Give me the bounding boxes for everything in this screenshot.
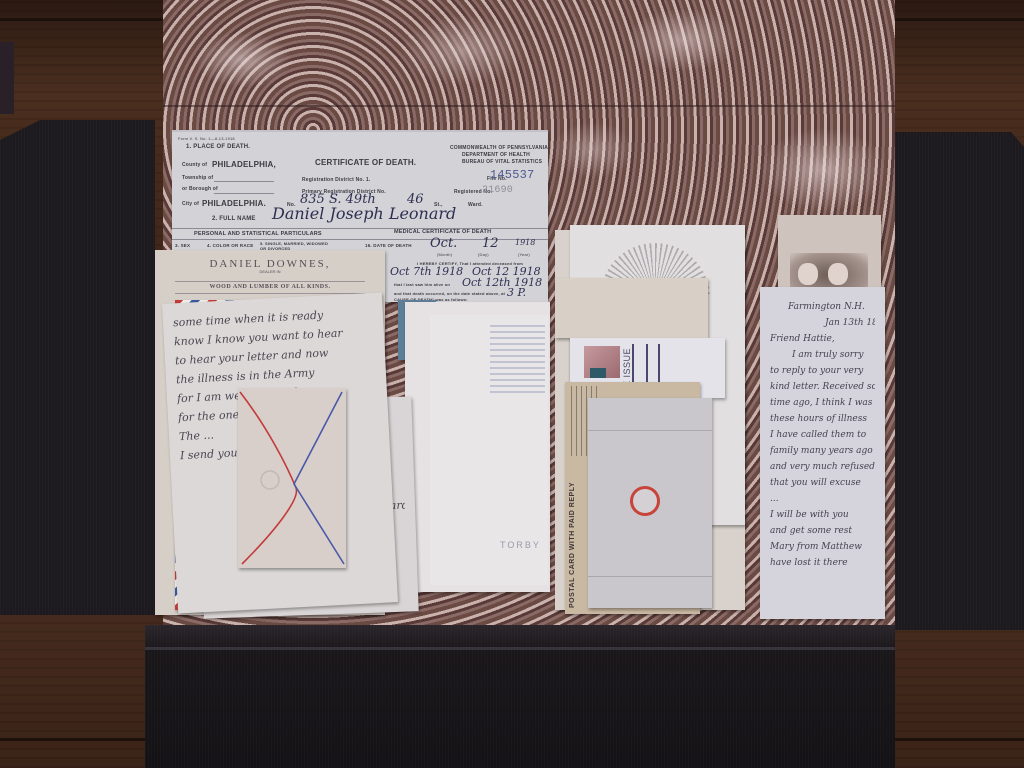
death-time: 3 P. [507,286,526,299]
color-label: 4. COLOR OR RACE [207,243,253,248]
letter-line: have lost it there [770,555,875,571]
place-of-death-label: 1. PLACE OF DEATH. [186,144,250,150]
folded-letter [588,398,712,608]
letter-line: kind letter. Received some [770,379,875,395]
certificate-title: CERTIFICATE OF DEATH. [315,158,416,167]
folder-bottom-flap [145,625,895,768]
child-face [828,263,848,285]
letter-line: I will be with you [770,507,875,523]
death-time-text: and that death occurred, on the date sta… [394,291,505,296]
tan-card [555,278,708,338]
last-saw-label: that I last saw him alive on [394,282,450,287]
section-rule [172,228,548,229]
city-label: City of [182,201,199,207]
postal-card-label: POSTAL CARD WITH PAID REPLY [569,482,576,608]
letter-line: and very much refused [770,459,875,475]
authority-line: DEPARTMENT OF HEALTH [462,152,530,158]
personal-particulars-header: PERSONAL AND STATISTICAL PARTICULARS [194,231,322,237]
field-rule [214,193,274,194]
letter-line: I have called them to [770,427,875,443]
last-saw-date: Oct 12th 1918 [462,276,542,289]
letter-line: Farmington N.H. [770,299,875,315]
letter-line: ... [770,491,875,507]
registered-number: 21690 [482,185,513,196]
letter-line: to reply to your very [770,363,875,379]
year-sublabel: (Year) [518,252,530,257]
fold-crease [588,430,712,431]
small-envelope [238,388,346,568]
letterhead-trade: WOOD AND LUMBER OF ALL KINDS. [155,284,385,290]
letterhead-dealer: DEALER IN [155,269,385,274]
letter-line: that you will excuse [770,475,875,491]
form-number: Form V. S. No. 1—8-13-1918 [178,136,235,141]
child-face [798,263,818,285]
endpaper-fold-line [163,105,895,107]
ward-label: Ward. [468,202,483,208]
book-edge [0,42,14,114]
carbon-copy-sheet: TORBY [430,315,548,585]
county-value: PHILADELPHIA, [212,160,276,169]
date-of-death-label: 16. DATE OF DEATH [365,243,412,248]
month-sublabel: (Month) [437,252,452,257]
full-name-label: 2. FULL NAME [212,216,256,222]
city-value: PHILADELPHIA. [202,199,266,208]
registration-district: Registration District No. 1. [302,177,370,183]
attended-from: Oct 7th 1918 [390,265,463,278]
folder-left-flap [0,120,155,615]
full-name-handwritten: Daniel Joseph Leonard [272,204,456,223]
file-number: 145537 [490,168,534,182]
stamp-image [584,346,620,378]
carbon-copy-text: TORBY [500,540,541,550]
sex-label: 3. SEX [175,243,190,248]
letter-line: these hours of illness [770,411,875,427]
county-label: County of [182,162,207,168]
folder-crease [145,647,895,650]
cabinet-photograph [778,215,881,290]
letter-line: I am truly sorry [770,347,875,363]
field-rule [214,181,274,182]
township-label: Township of [182,175,213,181]
letter-line: time ago, I think I was [770,395,875,411]
wax-seal-icon [630,486,660,516]
death-day: 12 [482,236,499,251]
death-month: Oct. [430,236,457,251]
authority-line: BUREAU OF VITAL STATISTICS [462,159,542,165]
medical-certificate-header: MEDICAL CERTIFICATE OF DEATH [394,229,491,235]
letter-line: Mary from Matthew [770,539,875,555]
folder-right-flap [895,132,1024,630]
borough-label: or Borough of [182,186,218,192]
letterhead-rule [175,281,365,282]
handwritten-letter-right: Farmington N.H. Jan 13th 18 Friend Hatti… [760,287,885,619]
letter-line: family many years ago [770,443,875,459]
letter-line: and get some rest [770,523,875,539]
envelope-flap-lines-icon [238,388,346,568]
letter-line: Jan 13th 18 [770,315,875,331]
letter-text: Farmington N.H. Jan 13th 18 Friend Hatti… [770,299,875,571]
death-year: 1918 [515,238,535,247]
fold-crease [588,576,712,577]
day-sublabel: (Day) [478,252,489,257]
letter-line: Friend Hattie, [770,331,875,347]
authority-line: COMMONWEALTH OF PENNSYLVANIA [450,145,548,151]
faded-typed-text [490,325,545,395]
